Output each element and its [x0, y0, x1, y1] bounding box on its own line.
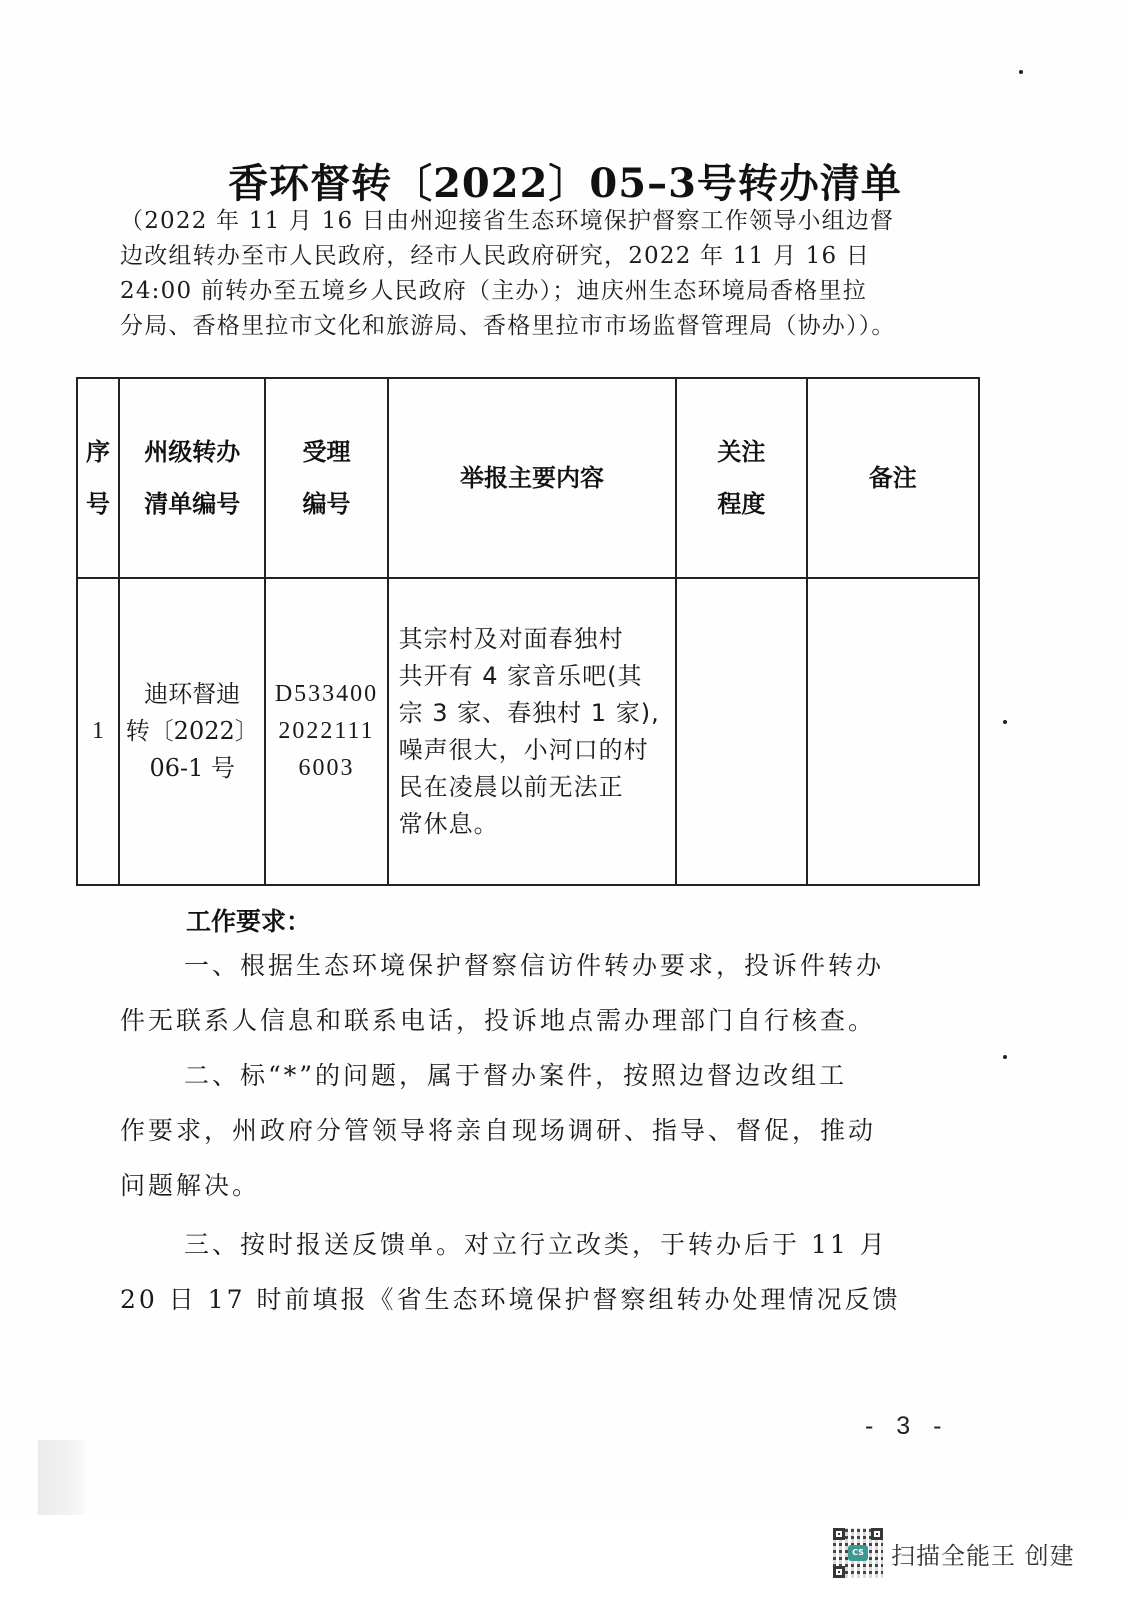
- header-prefecture-list-code: 州级转办 清单编号: [119, 378, 265, 578]
- header-acceptance-number: 受理 编号: [265, 378, 387, 578]
- watermark-text: 扫描全能王 创建: [891, 1536, 1075, 1571]
- cell-seq: 1: [77, 578, 119, 885]
- scan-speck: [1019, 70, 1023, 74]
- subtitle-line: （2022 年 11 月 16 日由州迎接省生态环境保护督察工作领导小组边督: [120, 204, 950, 239]
- requirement-line: 件无联系人信息和联系电话，投诉地点需办理部门自行核查。: [120, 993, 940, 1048]
- qr-finder-icon: [833, 1566, 845, 1578]
- header-attention-level: 关注 程度: [676, 378, 806, 578]
- requirement-line: 三、按时报送反馈单。对立行立改类，于转办后于 11 月: [120, 1217, 940, 1272]
- referral-table: 序 号 州级转办 清单编号 受理 编号 举报主要内容 关注 程度: [76, 377, 980, 886]
- subtitle-line: 边改组转办至市人民政府，经市人民政府研究，2022 年 11 月 16 日: [120, 239, 950, 274]
- qr-finder-icon: [833, 1528, 845, 1540]
- cell-acceptance-number: D533400 2022111 6003: [265, 578, 387, 885]
- requirement-line: 20 日 17 时前填报《省生态环境保护督察组转办处理情况反馈: [120, 1272, 940, 1327]
- header-seq: 序 号: [77, 378, 119, 578]
- header-report-content: 举报主要内容: [388, 378, 677, 578]
- table-row: 1 迪环督迪 转〔2022〕 06-1 号 D533400 2022111 60…: [77, 578, 979, 885]
- requirement-line: 二、标“*”的问题，属于督办案件，按照边督边改组工: [120, 1048, 940, 1103]
- requirement-line: 一、根据生态环境保护督察信访件转办要求，投诉件转办: [120, 938, 940, 993]
- camscanner-watermark: CS 扫描全能王 创建: [833, 1528, 1075, 1578]
- scan-speck: [1003, 1055, 1007, 1059]
- subtitle-line: 24:00 前转办至五境乡人民政府（主办）；迪庆州生态环境局香格里拉: [120, 274, 950, 309]
- qr-finder-icon: [871, 1528, 883, 1540]
- table-header-row: 序 号 州级转办 清单编号 受理 编号 举报主要内容 关注 程度: [77, 378, 979, 578]
- cell-attention-level: [676, 578, 806, 885]
- requirements-body: 一、根据生态环境保护督察信访件转办要求，投诉件转办 件无联系人信息和联系电话，投…: [120, 938, 940, 1327]
- cell-report-content: 其宗村及对面春独村 共开有 4 家音乐吧(其 宗 3 家、春独村 1 家), 噪…: [388, 578, 677, 885]
- cell-prefecture-list-code: 迪环督迪 转〔2022〕 06-1 号: [119, 578, 265, 885]
- requirements-heading: 工作要求：: [186, 902, 311, 938]
- requirement-line: 问题解决。: [120, 1158, 940, 1213]
- requirement-line: 作要求，州政府分管领导将亲自现场调研、指导、督促，推动: [120, 1103, 940, 1158]
- document-subtitle: （2022 年 11 月 16 日由州迎接省生态环境保护督察工作领导小组边督 边…: [120, 204, 950, 344]
- subtitle-line: 分局、香格里拉市文化和旅游局、香格里拉市市场监督管理局（协办））。: [120, 309, 950, 344]
- cell-remarks: [807, 578, 979, 885]
- page-number: - 3 -: [865, 1412, 949, 1441]
- header-remarks: 备注: [807, 378, 979, 578]
- page-edge-shadow: [38, 1440, 86, 1515]
- cs-logo-icon: CS: [848, 1545, 868, 1561]
- scan-speck: [1003, 720, 1007, 724]
- qr-code-icon: CS: [833, 1528, 883, 1578]
- document-page: 香环督转〔2022〕05–3号转办清单 （2022 年 11 月 16 日由州迎…: [0, 0, 1130, 1515]
- document-title: 香环督转〔2022〕05–3号转办清单: [0, 152, 1130, 209]
